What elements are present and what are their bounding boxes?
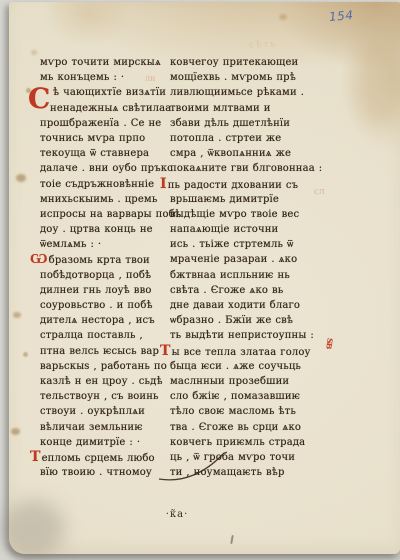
text-line: ть выдѣти непристоупны : — [170, 328, 302, 343]
showthrough-text: сѣть — [249, 39, 278, 50]
text-line: текоуща ѿ ставнера — [40, 146, 170, 161]
text-line: соуровьство . и побѣ — [40, 298, 170, 313]
text-line: ненадежныѧ свѣтилаа — [40, 101, 170, 116]
text-line: ковчегь приѥмль страда — [170, 435, 302, 450]
text-line: смра , ѿквопѧнниѧ же — [170, 146, 302, 161]
text-line: дилнеи гнь лоуѣ вво — [40, 283, 170, 298]
text-line: казлѣ н ен цроу . сьдѣ — [40, 374, 170, 389]
text-line: стралца поставль , — [40, 328, 170, 343]
text-line: Тепломь срцемь любо — [40, 450, 170, 465]
text-line: Ты все тепла златаа голоу — [170, 344, 302, 359]
text-line: ѡбразно . Бжїи же свѣ — [170, 313, 302, 328]
text-line: тѣло своѥ масломь ѣть — [170, 404, 302, 419]
right-text-column: ковчегоу притекающеимощїехвь . мѵромь пр… — [170, 55, 302, 480]
text-line: ливлющиимьсе рѣками . — [170, 85, 302, 100]
stain — [11, 428, 20, 435]
text-line: маслнныи прозебшии — [170, 374, 302, 389]
text-line: мѵро точити мирскыѧ — [40, 55, 170, 70]
stain — [13, 312, 21, 318]
stain — [16, 174, 26, 182]
text-line: Сѣ чающихтїе визѧтїи — [40, 85, 170, 100]
manuscript-page: 154 сѣть лн сл ѕв мѵро точити мирскыѧмь … — [9, 2, 400, 554]
text-line: ць , ѿ гроба мѵро точи — [170, 450, 302, 465]
text-line: далаче . вни оубо пръкс — [40, 161, 170, 176]
text-line: збави дѣль дшетлѣнїи — [170, 116, 302, 131]
text-line: точнись мѵра прпо — [40, 131, 170, 146]
text-line: Ѡбразомь крта твои — [40, 252, 170, 267]
text-line: дне даваи ходити благо — [170, 298, 302, 313]
quire-signature: ·к̃а· — [154, 509, 200, 520]
text-line: покаѧните гви блговоннаа : — [170, 161, 302, 176]
corner-shadow — [1, 500, 65, 558]
text-line: конце димитрїе : · — [40, 435, 170, 450]
text-line: мощїехвь . мѵромь прѣ — [170, 70, 302, 85]
text-line: тоіе съдръжновѣнніе — [40, 177, 170, 192]
text-line: Іпь радости дховании съ — [170, 177, 302, 192]
stain — [279, 14, 287, 20]
text-line: побѣдотворца , побѣ — [40, 268, 170, 283]
text-line: мраченіе разараи . ѧко — [170, 252, 302, 267]
rubricated-initial: Ѡ — [30, 252, 48, 266]
text-line: бжтвнаа испльниѥ нь — [170, 268, 302, 283]
text-line: врьшаѥмь димитрїе — [170, 192, 302, 207]
photo-backdrop: 154 сѣть лн сл ѕв мѵро точити мирскыѧмь … — [0, 0, 400, 560]
ink-mark — [230, 535, 234, 544]
text-line: ись . тьіже стртемль ѿ — [170, 237, 302, 252]
text-line: сло бжіѥ , помазавшиѥ — [170, 389, 302, 404]
rubricated-initial: Т — [160, 344, 171, 358]
text-line: выдѣщіе мѵро твоіе вес — [170, 207, 302, 222]
text-line: тельствоун , съ воинь — [40, 389, 170, 404]
text-line: твоими млтвами и — [170, 101, 302, 116]
left-text-column: мѵро точити мирскыѧмь конъцемь : ·Сѣ чаю… — [40, 55, 170, 480]
text-line: ти , ноумащаѥть вѣр — [170, 465, 302, 480]
rubricated-initial: І — [160, 177, 167, 191]
text-line: ковчегоу притекающеи — [170, 55, 302, 70]
text-line: ствоуи . оукрѣплѧи — [40, 404, 170, 419]
red-showthrough: сл — [314, 187, 325, 198]
text-line: варьскыѕ , работань по — [40, 359, 170, 374]
stain — [354, 42, 400, 127]
text-line: мнихьскыимь . цремь — [40, 192, 170, 207]
text-line: испросы на варвары побѣ — [40, 207, 170, 222]
text-line: дителѧ нестора , исъ — [40, 313, 170, 328]
rubricated-initial: Т — [30, 450, 41, 464]
text-line: потопла . стртеи же — [170, 131, 302, 146]
stain — [31, 50, 37, 55]
text-line: доу . цртва конць не — [40, 222, 170, 237]
folio-number: 154 — [328, 8, 354, 24]
text-line: мь конъцемь : · — [40, 70, 170, 85]
stain — [23, 352, 28, 357]
text-line: быца ѥси . ѧже соучьць — [170, 359, 302, 374]
text-line: тва . Єгоже вь срци ѧко — [170, 420, 302, 435]
text-line: ѿемлѧмь : · — [40, 237, 170, 252]
text-line: свѣта . Єгоже ѧко вь — [170, 283, 302, 298]
text-line: напаѧющіе источни — [170, 222, 302, 237]
text-line: птна велсь ѥсысь вар — [40, 344, 170, 359]
text-line: прошбраженїа . Се не — [40, 116, 170, 131]
margin-gloss-red: ѕв — [323, 337, 335, 349]
text-line: вїю твоию . чтномоу — [40, 465, 170, 480]
text-line: вѣличаи земльниѥ — [40, 420, 170, 435]
